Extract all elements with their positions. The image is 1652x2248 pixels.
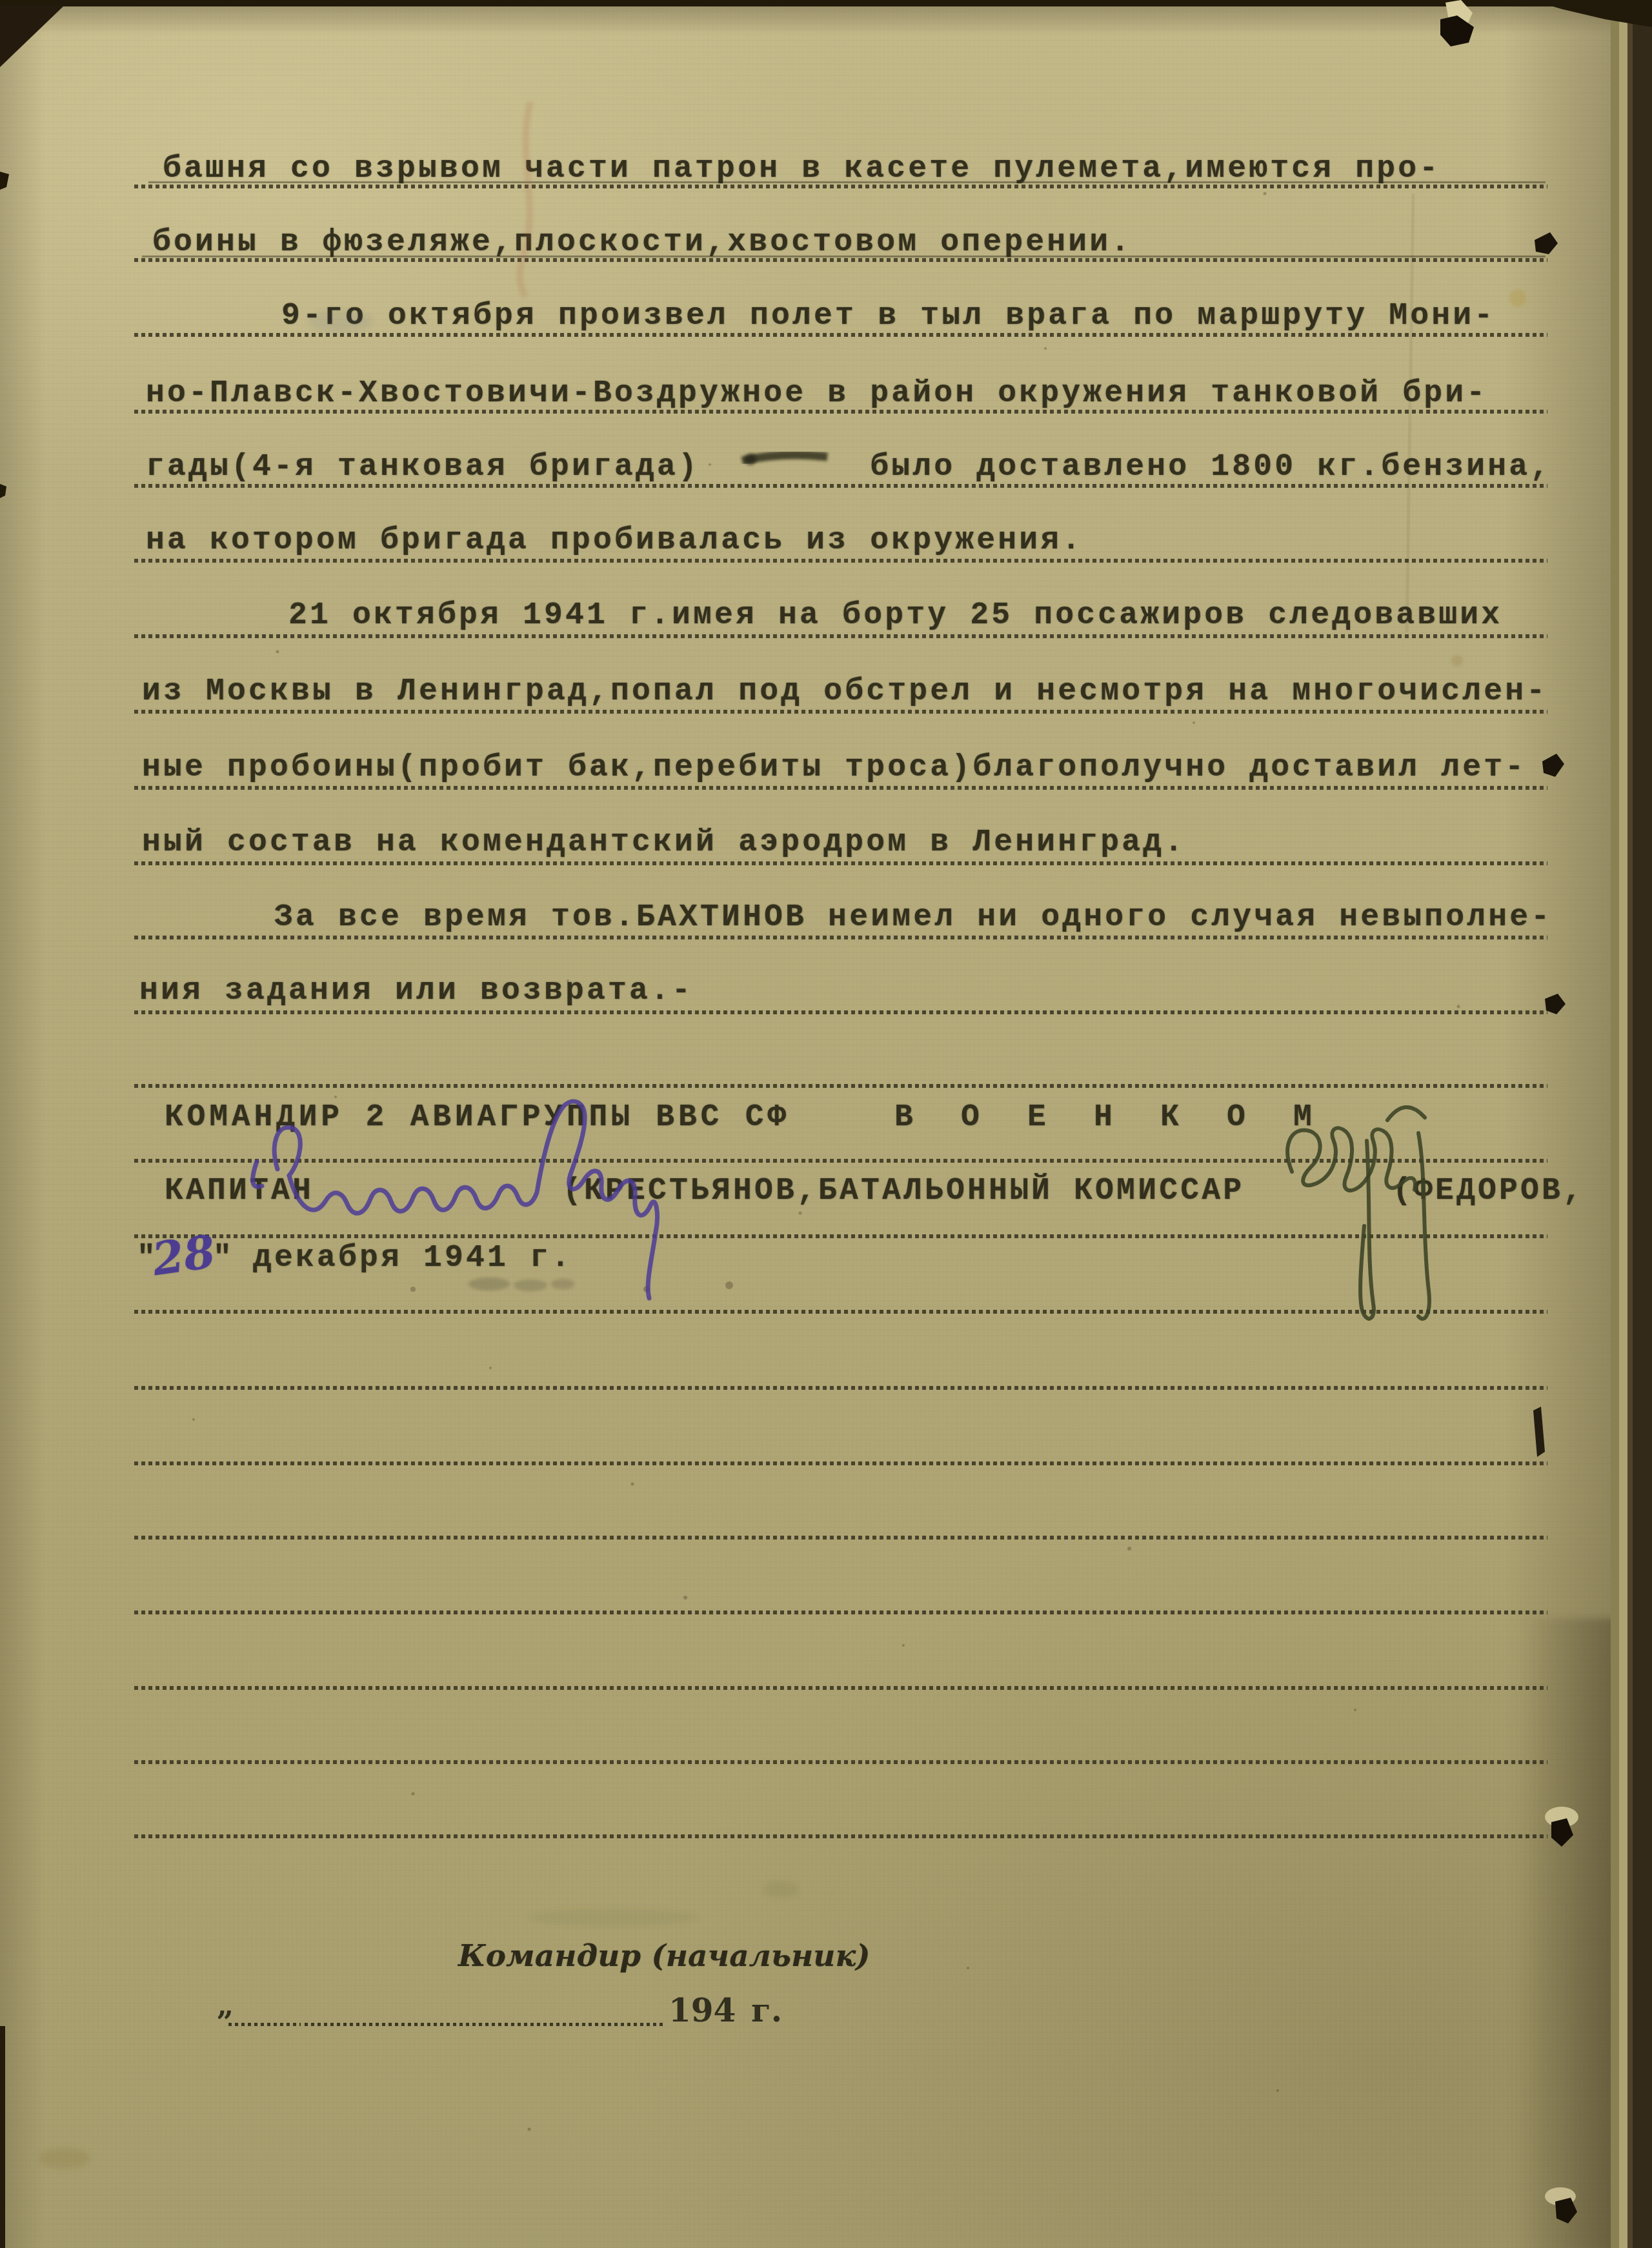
ruled-line	[134, 1686, 1547, 1690]
body-line: ния задания или возврата.-	[139, 976, 693, 1007]
printed-year-suffix: г.	[751, 1991, 782, 2029]
rank-label: КАПИТАН	[165, 1176, 314, 1207]
footer-dotted-blank	[228, 2023, 301, 2026]
ruled-line	[134, 1834, 1547, 1838]
body-line: но-Плавск-Хвостовичи-Воздружное в район …	[146, 378, 1487, 409]
ruled-line	[134, 1386, 1547, 1390]
printed-year-stub: 194	[669, 1991, 736, 2029]
commissar-title: В О Е Н К О М	[894, 1102, 1327, 1133]
ruled-line	[134, 1760, 1547, 1764]
ruled-line	[134, 1010, 1547, 1014]
ruled-line	[134, 634, 1547, 638]
ruled-line	[134, 786, 1547, 790]
document-page: башня со взрывом части патрон в касете п…	[0, 5, 1627, 2248]
handwritten-day: 28	[149, 1225, 219, 1287]
ruled-line	[134, 1611, 1547, 1614]
paper-top-shadow	[0, 5, 1627, 35]
body-line: 21 октября 1941 г.имея на борту 25 посса…	[288, 600, 1502, 631]
scan-background-left	[0, 2026, 5, 2248]
body-line: на котором бригада пробивалась из окруже…	[146, 525, 1083, 556]
body-line: За все время тов.БАХТИНОВ неимел ни одно…	[274, 902, 1552, 933]
body-line: ные пробоины(пробит бак,перебиты троса)б…	[142, 752, 1526, 783]
book-page-edge	[1611, 0, 1652, 2248]
ruled-line	[134, 1536, 1547, 1540]
paper-left-shadow	[0, 5, 45, 2248]
body-line: ный состав на комендантский аэродром в Л…	[142, 827, 1185, 858]
body-line: башня со взрывом части патрон в касете п…	[163, 154, 1440, 185]
body-line: из Москвы в Ленинград,попал под обстрел …	[142, 676, 1547, 707]
ruled-line	[134, 710, 1547, 714]
scanned-document-screenshot: башня со взрывом части патрон в касете п…	[0, 0, 1652, 2248]
ruled-line	[134, 936, 1547, 939]
commander-title: КОМАНДИР 2 АВИАГРУППЫ ВВС СФ	[165, 1102, 790, 1133]
fedorov-name: (ФЕДОРОВ,	[1393, 1176, 1584, 1207]
printed-commander-line: Командир (начальник)	[458, 1938, 870, 1974]
printed-low-quote: „	[217, 1987, 234, 2022]
ruled-line	[134, 1159, 1547, 1163]
body-line: 9-го октября произвел полет в тыл врага …	[281, 301, 1495, 332]
ruled-line	[134, 559, 1547, 563]
ruled-line	[134, 861, 1547, 865]
date-text: декабря 1941 г.	[253, 1243, 572, 1274]
ruled-line	[134, 1234, 1547, 1238]
body-line: боины в фюзеляже,плоскости,хвостовом опе…	[152, 227, 1132, 258]
footer-dotted-blank	[305, 2023, 665, 2026]
body-line: гады(4-я танковая бригада) было доставле…	[146, 452, 1551, 483]
ruled-line	[134, 1461, 1547, 1465]
krestyanov-name-and-title: (КРЕСТЬЯНОВ,БАТАЛЬОННЫЙ КОМИССАР	[563, 1176, 1244, 1207]
scan-background-top	[0, 0, 1652, 6]
date-close-quote: "	[213, 1243, 234, 1274]
ruled-line	[134, 1310, 1547, 1314]
ruled-line	[134, 1084, 1547, 1088]
